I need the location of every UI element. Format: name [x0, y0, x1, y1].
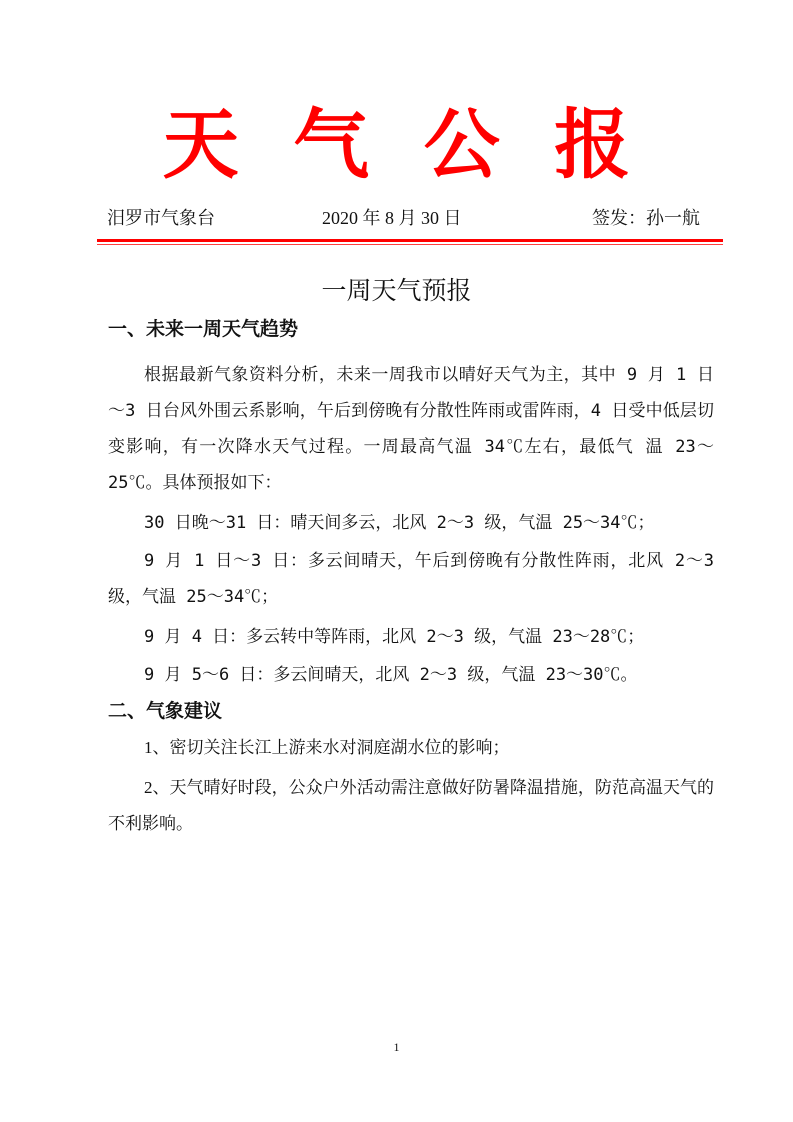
- forecast-item: 9 月 4 日：多云转中等阵雨，北风 2～3 级，气温 23～28℃；: [108, 619, 714, 655]
- masthead-char: 天: [163, 100, 239, 190]
- forecast-item: 30 日晚～31 日：晴天间多云，北风 2～3 级，气温 25～34℃；: [108, 505, 714, 541]
- red-divider-thick: [97, 239, 723, 242]
- page-number: 1: [0, 1040, 793, 1055]
- signed-by: 签发：孙一航: [592, 205, 700, 231]
- issuing-organization: 汨罗市气象台: [107, 205, 215, 231]
- masthead-char: 公: [424, 100, 500, 190]
- masthead-char: 气: [293, 100, 369, 190]
- issue-date: 2020 年 8 月 30 日: [322, 205, 462, 231]
- section-heading-advice: 二、气象建议: [108, 697, 222, 725]
- section-heading-trend: 一、未来一周天气趋势: [108, 315, 298, 343]
- masthead-title: 天 气 公 报: [0, 100, 793, 190]
- forecast-item: 9 月 5～6 日：多云间晴天，北风 2～3 级，气温 23～30℃。: [108, 657, 714, 693]
- red-divider-thin: [97, 244, 723, 245]
- trend-summary: 根据最新气象资料分析，未来一周我市以晴好天气为主，其中 9 月 1 日～3 日台…: [108, 357, 714, 501]
- advice-item: 2、天气晴好时段，公众户外活动需注意做好防暑降温措施，防范高温天气的不利影响。: [108, 770, 714, 842]
- forecast-item: 9 月 1 日～3 日：多云间晴天，午后到傍晚有分散性阵雨，北风 2～3 级，气…: [108, 543, 714, 615]
- issuance-line: 汨罗市气象台 2020 年 8 月 30 日 签发：孙一航: [107, 205, 700, 231]
- document-title: 一周天气预报: [0, 273, 793, 309]
- masthead-char: 报: [554, 100, 630, 190]
- advice-item: 1、密切关注长江上游来水对洞庭湖水位的影响；: [108, 730, 714, 766]
